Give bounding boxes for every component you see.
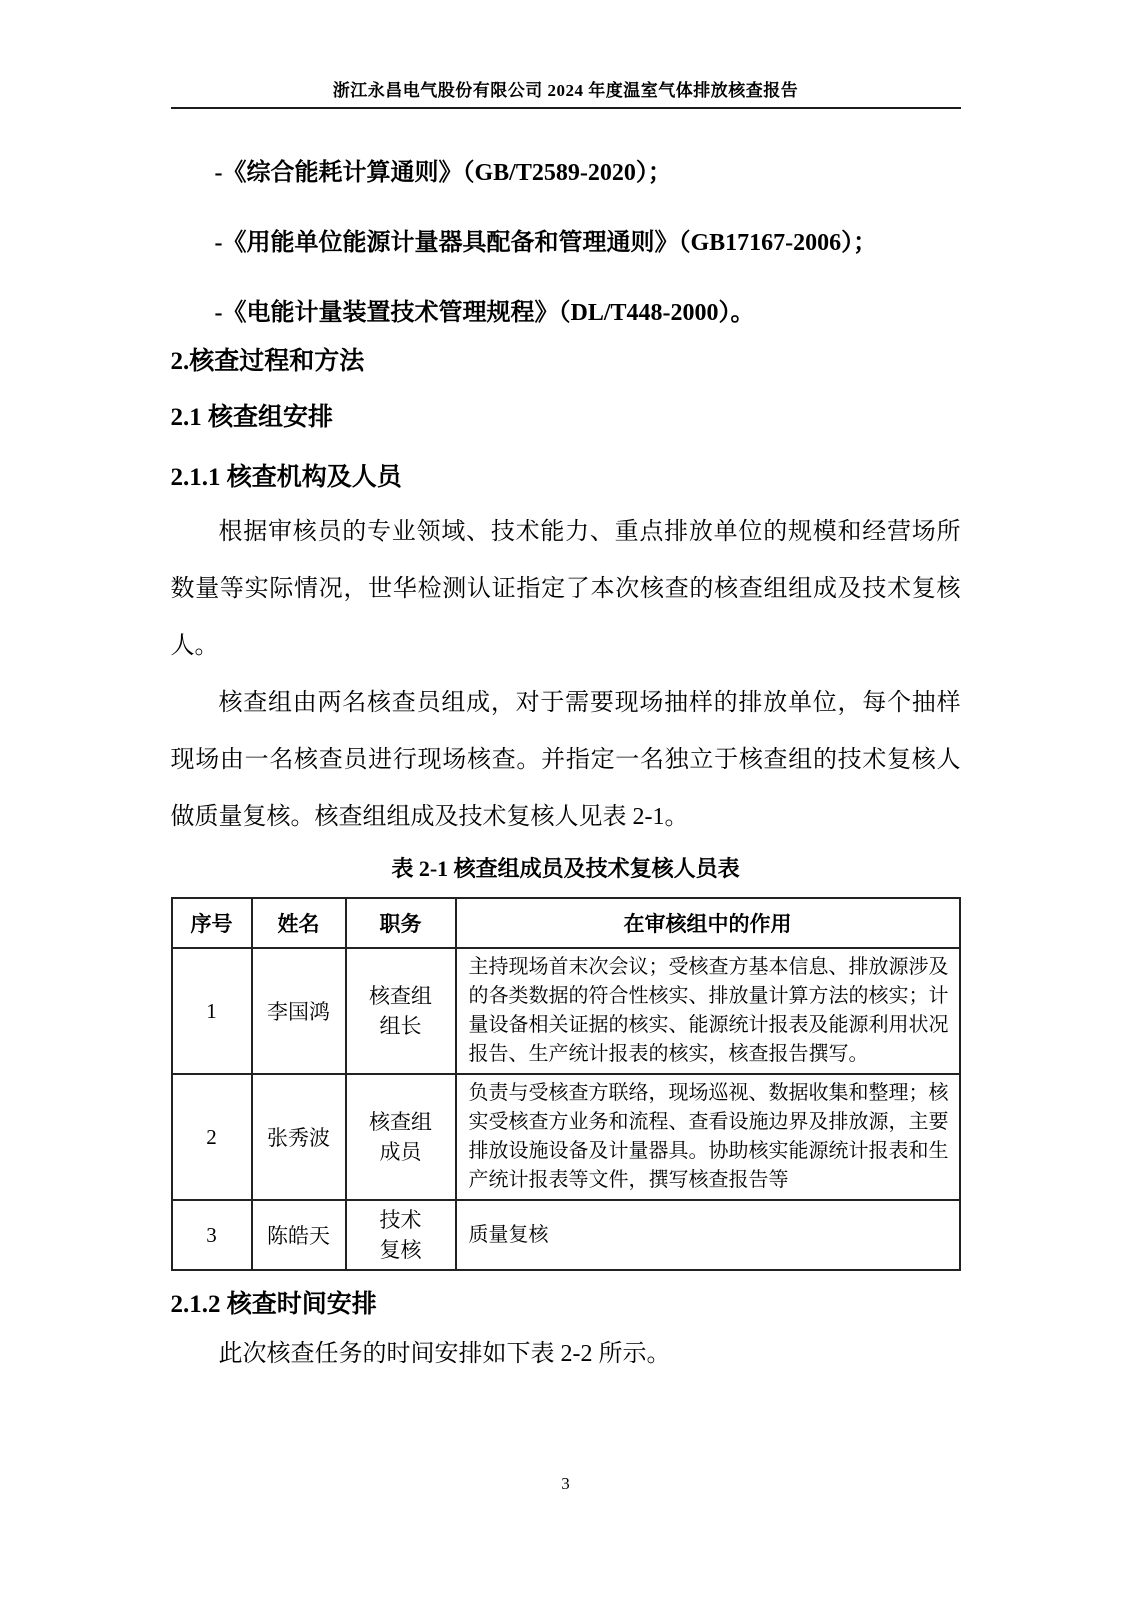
paragraph-team-composition: 核查组由两名核查员组成，对于需要现场抽样的排放单位，每个抽样现场由一名核查员进行… (171, 675, 961, 846)
paragraph-team-basis: 根据审核员的专业领域、技术能力、重点排放单位的规模和经营场所数量等实际情况，世华… (171, 504, 961, 675)
column-header-title: 职务 (346, 898, 456, 948)
table-row-2: 2 张秀波 核查组 成员 负责与受核查方联络，现场巡视、数据收集和整理；核实受核… (172, 1074, 960, 1200)
page-header: 浙江永昌电气股份有限公司 2024 年度温室气体排放核查报告 (171, 0, 961, 109)
section-heading-2-1: 2.1 核查组安排 (171, 402, 961, 434)
verification-team-table: 序号 姓名 职务 在审核组中的作用 1 李国鸿 核查组 组长 主持现场首末次会议… (171, 897, 961, 1271)
header-title: 浙江永昌电气股份有限公司 2024 年度温室气体排放核查报告 (171, 76, 961, 101)
cell-row2-role: 负责与受核查方联络，现场巡视、数据收集和整理；核实受核查方业务和流程、查看设施边… (456, 1074, 960, 1200)
section-heading-2-1-2: 2.1.2 核查时间安排 (171, 1289, 961, 1321)
section-heading-2: 2.核查过程和方法 (171, 346, 961, 378)
cell-row2-name: 张秀波 (252, 1074, 346, 1200)
page-content: -《综合能耗计算通则》（GB/T2589-2020）； -《用能单位能源计量器具… (171, 157, 961, 1379)
cell-row1-role: 主持现场首末次会议；受核查方基本信息、排放源涉及的各类数据的符合性核实、排放量计… (456, 948, 960, 1074)
column-header-no: 序号 (172, 898, 252, 948)
cell-row2-title: 核查组 成员 (346, 1074, 456, 1200)
reference-item-2: -《用能单位能源计量器具配备和管理通则》（GB17167-2006）； (215, 227, 961, 260)
table-row-1: 1 李国鸿 核查组 组长 主持现场首末次会议；受核查方基本信息、排放源涉及的各类… (172, 948, 960, 1074)
paragraph-schedule-intro: 此次核查任务的时间安排如下表 2-2 所示。 (171, 1329, 961, 1379)
document-page: 浙江永昌电气股份有限公司 2024 年度温室气体排放核查报告 -《综合能耗计算通… (0, 0, 1131, 1600)
page-number: 3 (0, 1474, 1131, 1494)
column-header-role: 在审核组中的作用 (456, 898, 960, 948)
table-header-row: 序号 姓名 职务 在审核组中的作用 (172, 898, 960, 948)
section-heading-2-1-1: 2.1.1 核查机构及人员 (171, 462, 961, 494)
cell-row1-title: 核查组 组长 (346, 948, 456, 1074)
reference-item-1: -《综合能耗计算通则》（GB/T2589-2020）； (215, 157, 961, 190)
reference-item-3: -《电能计量装置技术管理规程》（DL/T448-2000）。 (215, 297, 961, 330)
table-row-3: 3 陈皓天 技术 复核 质量复核 (172, 1200, 960, 1270)
cell-row2-no: 2 (172, 1074, 252, 1200)
cell-row3-title: 技术 复核 (346, 1200, 456, 1270)
cell-row3-no: 3 (172, 1200, 252, 1270)
cell-row3-name: 陈皓天 (252, 1200, 346, 1270)
cell-row1-name: 李国鸿 (252, 948, 346, 1074)
table-caption: 表 2-1 核查组成员及技术复核人员表 (171, 854, 961, 883)
cell-row1-no: 1 (172, 948, 252, 1074)
column-header-name: 姓名 (252, 898, 346, 948)
cell-row3-role: 质量复核 (456, 1200, 960, 1270)
